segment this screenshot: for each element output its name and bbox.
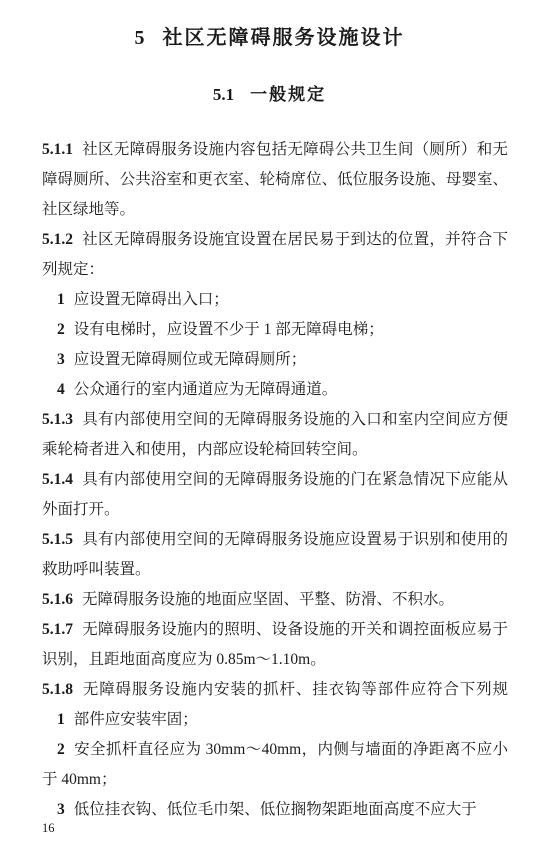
line-text: 安全抓杆直径应为 30mm～40mm，内侧与墙面的净距离不应小 xyxy=(74,741,508,758)
line-text: 公众通行的室内通道应为无障碍通道。 xyxy=(74,381,338,398)
section-title: 5.1一般规定 xyxy=(0,83,539,107)
text-line: 2设有电梯时，应设置不少于 1 部无障碍电梯； xyxy=(42,315,508,345)
line-text: 具有内部使用空间的无障碍服务设施的门在紧急情况下应能从 xyxy=(82,471,508,488)
chapter-title-text: 社区无障碍服务设施设计 xyxy=(163,27,405,49)
line-text: 具有内部使用空间的无障碍服务设施应设置易于识别和使用的 xyxy=(82,531,508,548)
text-line: 救助呼叫装置。 xyxy=(42,555,508,585)
section-title-text: 一般规定 xyxy=(250,85,326,104)
text-line: 于 40mm； xyxy=(42,765,508,795)
text-line: 5.1.1社区无障碍服务设施内容包括无障碍公共卫生间（厕所）和无 xyxy=(42,135,508,165)
line-text: 社区无障碍服务设施宜设置在居民易于到达的位置，并符合下 xyxy=(82,231,508,248)
clause-number: 1 xyxy=(57,711,65,728)
line-text: 社区绿地等。 xyxy=(42,201,135,218)
line-text: 部件应安装牢固； xyxy=(74,711,198,728)
clause-number: 5.1.1 xyxy=(42,141,73,158)
line-text: 救助呼叫装置。 xyxy=(42,561,151,578)
page-number: 16 xyxy=(42,820,55,836)
clause-number: 5.1.3 xyxy=(42,411,73,428)
text-line: 5.1.3具有内部使用空间的无障碍服务设施的入口和室内空间应方便 xyxy=(42,405,508,435)
text-line: 社区绿地等。 xyxy=(42,195,508,225)
clause-number: 5.1.2 xyxy=(42,231,73,248)
line-text: 社区无障碍服务设施内容包括无障碍公共卫生间（厕所）和无 xyxy=(82,141,508,158)
line-text: 外面打开。 xyxy=(42,501,120,518)
text-line: 障碍厕所、公共浴室和更衣室、轮椅席位、低位服务设施、母婴室、 xyxy=(42,165,508,195)
clause-number: 5.1.6 xyxy=(42,591,73,608)
text-line: 5.1.7无障碍服务设施内的照明、设备设施的开关和调控面板应易于 xyxy=(42,615,508,645)
clause-number: 5.1.5 xyxy=(42,531,73,548)
chapter-title: 5社区无障碍服务设施设计 xyxy=(0,0,539,52)
line-text: 列规定： xyxy=(42,261,104,278)
line-text: 无障碍服务设施内安装的抓杆、挂衣钩等部件应符合下列规定： xyxy=(42,681,508,705)
text-line: 3应设置无障碍厕位或无障碍厕所； xyxy=(42,345,508,375)
clause-number: 3 xyxy=(57,351,65,368)
text-line: 列规定： xyxy=(42,255,508,285)
text-line: 外面打开。 xyxy=(42,495,508,525)
clause-number: 5.1.7 xyxy=(42,621,73,638)
clause-number: 5.1.4 xyxy=(42,471,73,488)
clause-number: 1 xyxy=(57,291,65,308)
clause-number: 2 xyxy=(57,321,65,338)
text-line: 5.1.8无障碍服务设施内安装的抓杆、挂衣钩等部件应符合下列规定： xyxy=(42,675,508,705)
text-line: 5.1.2社区无障碍服务设施宜设置在居民易于到达的位置，并符合下 xyxy=(42,225,508,255)
line-text: 乘轮椅者进入和使用，内部应设轮椅回转空间。 xyxy=(42,441,368,458)
line-text: 具有内部使用空间的无障碍服务设施的入口和室内空间应方便 xyxy=(82,411,508,428)
text-line: 识别，且距地面高度应为 0.85m～1.10m。 xyxy=(42,645,508,675)
clause-number: 5.1.8 xyxy=(42,681,73,698)
line-text: 无障碍服务设施的地面应坚固、平整、防滑、不积水。 xyxy=(82,591,454,608)
text-line: 4公众通行的室内通道应为无障碍通道。 xyxy=(42,375,508,405)
line-text: 低位挂衣钩、低位毛巾架、低位搁物架距地面高度不应大于 xyxy=(74,801,477,818)
line-text: 应设置无障碍厕位或无障碍厕所； xyxy=(74,351,307,368)
text-line: 5.1.4具有内部使用空间的无障碍服务设施的门在紧急情况下应能从 xyxy=(42,465,508,495)
line-text: 应设置无障碍出入口； xyxy=(74,291,229,308)
line-text: 识别，且距地面高度应为 0.85m～1.10m。 xyxy=(42,651,326,668)
line-text: 障碍厕所、公共浴室和更衣室、轮椅席位、低位服务设施、母婴室、 xyxy=(42,171,508,188)
text-line: 2安全抓杆直径应为 30mm～40mm，内侧与墙面的净距离不应小 xyxy=(42,735,508,765)
line-text: 设有电梯时，应设置不少于 1 部无障碍电梯； xyxy=(74,321,384,338)
text-line: 5.1.6无障碍服务设施的地面应坚固、平整、防滑、不积水。 xyxy=(42,585,508,615)
document-page: 5社区无障碍服务设施设计 5.1一般规定 5.1.1社区无障碍服务设施内容包括无… xyxy=(0,0,539,862)
line-text: 于 40mm； xyxy=(42,771,117,788)
text-line: 1部件应安装牢固； xyxy=(42,705,508,735)
clause-number: 4 xyxy=(57,381,65,398)
line-text: 无障碍服务设施内的照明、设备设施的开关和调控面板应易于 xyxy=(82,621,508,638)
text-line: 乘轮椅者进入和使用，内部应设轮椅回转空间。 xyxy=(42,435,508,465)
clause-number: 3 xyxy=(57,801,65,818)
clause-number: 2 xyxy=(57,741,65,758)
text-line: 3低位挂衣钩、低位毛巾架、低位搁物架距地面高度不应大于 xyxy=(42,795,508,825)
chapter-number: 5 xyxy=(135,27,145,49)
body-text: 5.1.1社区无障碍服务设施内容包括无障碍公共卫生间（厕所）和无障碍厕所、公共浴… xyxy=(42,135,508,825)
text-line: 5.1.5具有内部使用空间的无障碍服务设施应设置易于识别和使用的 xyxy=(42,525,508,555)
text-line: 1应设置无障碍出入口； xyxy=(42,285,508,315)
section-number: 5.1 xyxy=(213,85,234,104)
